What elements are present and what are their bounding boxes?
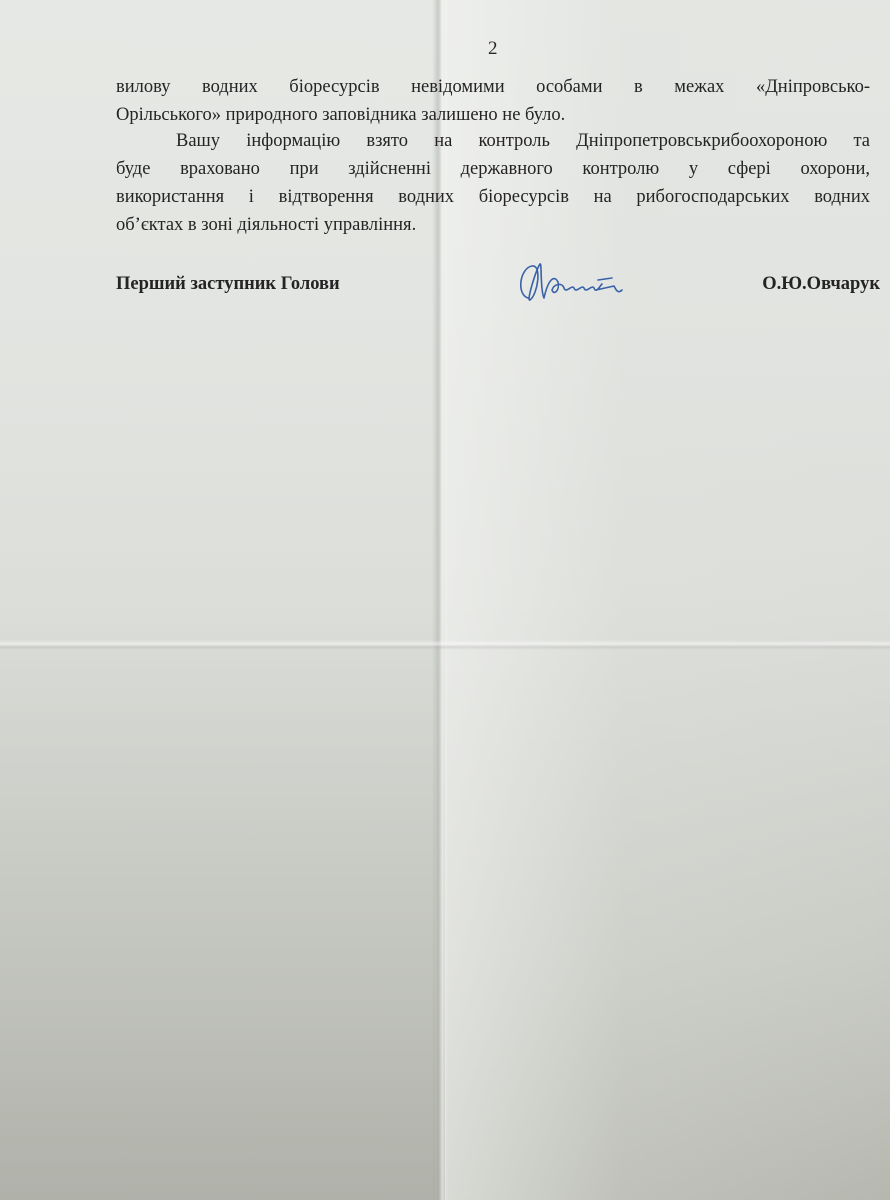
horizontal-fold-crease [0, 640, 890, 650]
text-line: об’єктах в зоні діяльності управління. [116, 211, 870, 239]
page-number: 2 [488, 38, 498, 60]
signer-title: Перший заступник Голови [116, 274, 340, 295]
paragraph-1: вилову водних біоресурсів невідомими осо… [116, 73, 870, 129]
signer-name: О.Ю.Овчарук [762, 274, 880, 295]
paragraph-2: Вашу інформацію взято на контроль Дніпро… [116, 127, 870, 239]
text-line: буде враховано при здійсненні державного… [116, 155, 870, 183]
text-line: Вашу інформацію взято на контроль Дніпро… [116, 127, 870, 155]
signature-block: Перший заступник Голови О.Ю.Овчарук [116, 268, 880, 308]
text-line: Орільського» природного заповідника зали… [116, 101, 870, 129]
text-line: використання і відтворення водних біорес… [116, 183, 870, 211]
handwritten-signature [514, 260, 624, 306]
text-line: вилову водних біоресурсів невідомими осо… [116, 73, 870, 101]
